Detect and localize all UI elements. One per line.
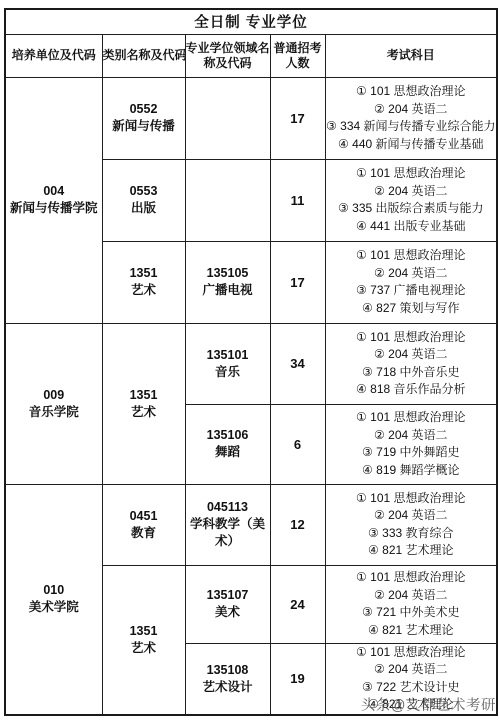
subjects-cell: ① 101 思想政治理论 ② 204 英语二 ③ 718 中外音乐史 ④ 818…	[325, 323, 497, 404]
subject-line: ② 204 英语二	[326, 346, 497, 364]
unit-name: 美术学院	[6, 599, 102, 616]
subject-line: ② 204 英语二	[326, 661, 497, 679]
subject-line: ① 101 思想政治理论	[326, 329, 497, 347]
category-cell: 0451 教育	[102, 484, 185, 565]
category-cell: 1351 艺术	[102, 323, 185, 484]
subject-line: ③ 334 新闻与传播专业综合能力	[326, 118, 497, 136]
field-name: 广播电视	[186, 282, 270, 299]
field-name: 舞蹈	[186, 444, 270, 461]
subject-line: ③ 722 艺术设计史	[326, 679, 497, 697]
column-header-subjects: 考试科目	[325, 34, 497, 77]
field-code: 135105	[186, 265, 270, 282]
field-cell-empty	[185, 159, 270, 241]
column-header-count: 普通招考人数	[270, 34, 325, 77]
subject-line: ② 204 英语二	[326, 183, 497, 201]
category-name: 出版	[103, 200, 185, 217]
field-cell: 135105 广播电视	[185, 241, 270, 323]
subject-line: ③ 719 中外舞蹈史	[326, 444, 497, 462]
subjects-cell: ① 101 思想政治理论 ② 204 英语二 ③ 719 中外舞蹈史 ④ 819…	[325, 404, 497, 484]
subject-line: ① 101 思想政治理论	[326, 165, 497, 183]
field-cell: 135101 音乐	[185, 323, 270, 404]
subject-line: ③ 333 教育综合	[326, 525, 497, 543]
field-code: 135107	[186, 587, 270, 604]
field-cell: 135108 艺术设计	[185, 643, 270, 715]
subject-line: ② 204 英语二	[326, 101, 497, 119]
category-name: 艺术	[103, 282, 185, 299]
unit-cell-004: 004 新闻与传播学院	[5, 77, 102, 323]
subject-line: ① 101 思想政治理论	[326, 409, 497, 427]
category-cell: 1351 艺术	[102, 241, 185, 323]
column-header-unit: 培养单位及代码	[5, 34, 102, 77]
category-name: 新闻与传播	[103, 118, 185, 135]
count-cell: 19	[270, 643, 325, 715]
category-name: 艺术	[103, 640, 185, 657]
admissions-table: 全日制 专业学位 培养单位及代码 类别名称及代码 专业学位领域名称及代码 普通招…	[4, 8, 498, 716]
count-cell: 12	[270, 484, 325, 565]
subject-line: ① 101 思想政治理论	[326, 490, 497, 508]
subject-line: ② 204 英语二	[326, 507, 497, 525]
subject-line: ④ 818 音乐作品分析	[326, 381, 497, 399]
unit-code: 009	[6, 387, 102, 404]
count-cell: 11	[270, 159, 325, 241]
field-name: 学科教学（美术）	[186, 516, 270, 550]
subject-line: ③ 737 广播电视理论	[326, 282, 497, 300]
subjects-cell: ① 101 思想政治理论 ② 204 英语二 ③ 334 新闻与传播专业综合能力…	[325, 77, 497, 159]
unit-code: 004	[6, 183, 102, 200]
category-cell: 1351 艺术	[102, 565, 185, 715]
category-cell: 0552 新闻与传播	[102, 77, 185, 159]
category-code: 1351	[103, 265, 185, 282]
count-cell: 6	[270, 404, 325, 484]
field-code: 135108	[186, 662, 270, 679]
field-cell: 135106 舞蹈	[185, 404, 270, 484]
unit-cell-010: 010 美术学院	[5, 484, 102, 715]
count-cell: 34	[270, 323, 325, 404]
category-name: 教育	[103, 525, 185, 542]
subject-line: ① 101 思想政治理论	[326, 644, 497, 662]
subjects-cell: ① 101 思想政治理论 ② 204 英语二 ③ 333 教育综合 ④ 821 …	[325, 484, 497, 565]
admissions-table-page: 全日制 专业学位 培养单位及代码 类别名称及代码 专业学位领域名称及代码 普通招…	[0, 0, 500, 723]
field-cell: 135107 美术	[185, 565, 270, 643]
subject-line: ② 204 英语二	[326, 587, 497, 605]
subject-line: ① 101 思想政治理论	[326, 247, 497, 265]
field-name: 艺术设计	[186, 679, 270, 696]
subject-line: ④ 441 出版专业基础	[326, 218, 497, 236]
category-code: 0553	[103, 183, 185, 200]
subjects-cell: ① 101 思想政治理论 ② 204 英语二 ③ 335 出版综合素质与能力 ④…	[325, 159, 497, 241]
subject-line: ③ 718 中外音乐史	[326, 364, 497, 382]
field-cell-empty	[185, 77, 270, 159]
watermark: 头条@文都艺术考研	[361, 698, 496, 714]
field-name: 音乐	[186, 364, 270, 381]
subjects-cell: ① 101 思想政治理论 ② 204 英语二 ③ 721 中外美术史 ④ 821…	[325, 565, 497, 643]
column-header-category: 类别名称及代码	[102, 34, 185, 77]
subject-line: ③ 721 中外美术史	[326, 604, 497, 622]
category-code: 1351	[103, 387, 185, 404]
unit-cell-009: 009 音乐学院	[5, 323, 102, 484]
field-name: 美术	[186, 604, 270, 621]
unit-name: 音乐学院	[6, 404, 102, 421]
subjects-cell: ① 101 思想政治理论 ② 204 英语二 ③ 737 广播电视理论 ④ 82…	[325, 241, 497, 323]
subject-line: ④ 821 艺术理论	[326, 542, 497, 560]
count-cell: 17	[270, 77, 325, 159]
subject-line: ② 204 英语二	[326, 427, 497, 445]
subject-line: ② 204 英语二	[326, 265, 497, 283]
category-name: 艺术	[103, 404, 185, 421]
category-code: 1351	[103, 623, 185, 640]
subject-line: ① 101 思想政治理论	[326, 83, 497, 101]
column-header-field: 专业学位领域名称及代码	[185, 34, 270, 77]
subject-line: ④ 819 舞蹈学概论	[326, 462, 497, 480]
count-cell: 17	[270, 241, 325, 323]
field-cell: 045113 学科教学（美术）	[185, 484, 270, 565]
unit-code: 010	[6, 582, 102, 599]
unit-name: 新闻与传播学院	[6, 200, 102, 217]
subject-line: ④ 827 策划与写作	[326, 300, 497, 318]
subject-line: ③ 335 出版综合素质与能力	[326, 200, 497, 218]
field-code: 045113	[186, 499, 270, 516]
category-code: 0552	[103, 101, 185, 118]
subject-line: ④ 440 新闻与传播专业基础	[326, 136, 497, 154]
field-code: 135106	[186, 427, 270, 444]
subject-line: ④ 821 艺术理论	[326, 622, 497, 640]
count-cell: 24	[270, 565, 325, 643]
field-code: 135101	[186, 347, 270, 364]
category-code: 0451	[103, 508, 185, 525]
table-title: 全日制 专业学位	[5, 9, 497, 34]
subject-line: ① 101 思想政治理论	[326, 569, 497, 587]
category-cell: 0553 出版	[102, 159, 185, 241]
